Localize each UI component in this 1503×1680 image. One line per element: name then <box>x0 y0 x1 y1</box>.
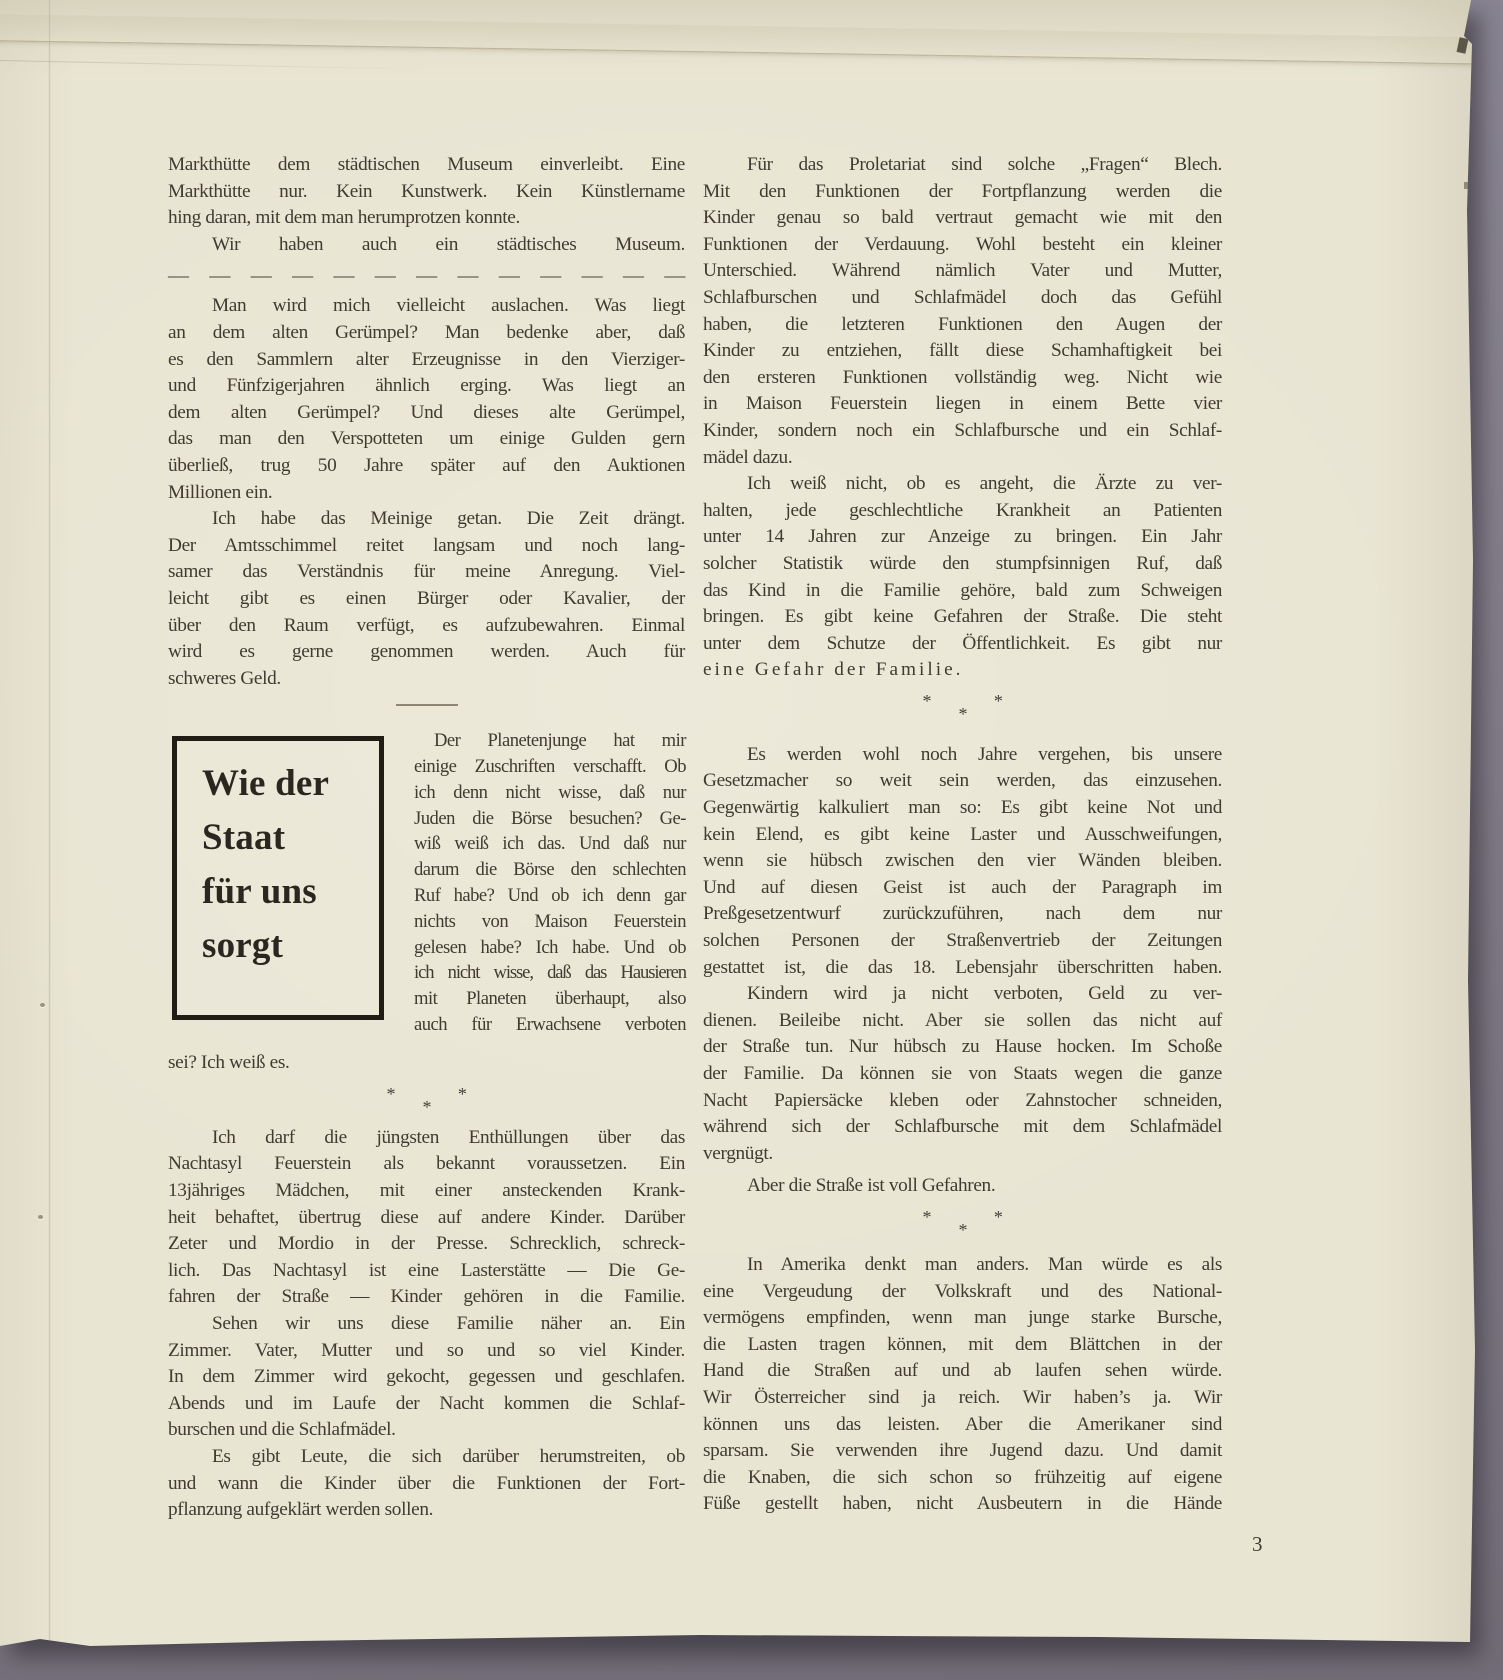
paragraph: Man wird mich vielleicht auslachen. Was … <box>168 293 685 506</box>
text-line: auch für Erwachsene verboten <box>414 1012 686 1038</box>
text-line: in Maison Feuerstein liegen in einem Bet… <box>703 391 1222 418</box>
asterisk: * <box>387 1085 396 1103</box>
text-line: Wir Österreicher sind ja reich. Wir habe… <box>703 1385 1222 1412</box>
text-line: der Straße tun. Nur hübsch zu Hause hock… <box>703 1034 1222 1061</box>
page-number: 3 <box>1252 1532 1263 1557</box>
section-title-box: Wie derStaatfür unssorgt <box>172 736 384 1020</box>
text-line: Gesetzmacher so weit sein werden, das ei… <box>703 768 1222 795</box>
edge-speck <box>1464 182 1468 189</box>
asterisk: * <box>923 1208 932 1226</box>
text-line: wird es gerne genommen werden. Auch für <box>168 639 685 666</box>
text-line: Zimmer. Vater, Mutter und so und so viel… <box>168 1338 685 1365</box>
text-line: Millionen ein. <box>168 480 685 507</box>
text-line: lich. Das Nachtasyl ist eine Lasterstätt… <box>168 1258 685 1285</box>
text-line: Abends und im Laufe der Nacht kommen die… <box>168 1391 685 1418</box>
text-line: Kinder genau so bald vertraut gemacht wi… <box>703 205 1222 232</box>
text-line: samer das Verständnis für meine Anregung… <box>168 559 685 586</box>
text-line: Man wird mich vielleicht auslachen. Was … <box>168 293 685 320</box>
staple-hole <box>38 1215 43 1219</box>
paragraph: Für das Proletariat sind solche „Fragen“… <box>703 152 1222 471</box>
fold-crease-vertical <box>48 0 51 1650</box>
text-line: überließ, trug 50 Jahre später auf den A… <box>168 453 685 480</box>
title-box-wrap: Wie derStaatfür unssorgtDer Planetenjung… <box>168 726 685 1050</box>
text-line: fahren der Straße — Kinder gehören in di… <box>168 1284 685 1311</box>
paragraph: sei? Ich weiß es. <box>168 1050 685 1077</box>
paragraph: Es gibt Leute, die sich darüber herumstr… <box>168 1444 685 1524</box>
text-line: einige Zuschriften verschafft. Ob <box>414 754 686 780</box>
text-line: In Amerika denkt man anders. Man würde e… <box>703 1252 1222 1279</box>
scanned-page: Markthütte dem städtischen Museum einver… <box>0 0 1503 1680</box>
text-line: burschen und die Schlafmädel. <box>168 1417 685 1444</box>
text-line: ich nicht wisse, daß das Hausieren <box>414 960 686 986</box>
paragraph: Kindern wird ja nicht verboten, Geld zu … <box>703 981 1222 1167</box>
fold-crease-horizontal-faint <box>0 60 430 70</box>
text-line: an dem alten Gerümpel? Man bedenke aber,… <box>168 320 685 347</box>
text-line: Kindern wird ja nicht verboten, Geld zu … <box>703 981 1222 1008</box>
text-line: Es werden wohl noch Jahre vergehen, bis … <box>703 742 1222 769</box>
text-line: Zeter und Mordio in der Presse. Schreckl… <box>168 1231 685 1258</box>
staple-hole <box>40 1003 45 1007</box>
section-title-line: Wie der <box>202 757 373 811</box>
text-line: bringen. Es gibt keine Gefahren der Stra… <box>703 604 1222 631</box>
asterisk: * <box>458 1085 467 1103</box>
text-line: Juden die Börse besuchen? Ge- <box>414 806 686 832</box>
right-column: Für das Proletariat sind solche „Fragen“… <box>703 152 1222 1518</box>
text-line: dienen. Beileibe nicht. Aber sie sollen … <box>703 1008 1222 1035</box>
text-line: heit behaftet, übertrug diese auf andere… <box>168 1205 685 1232</box>
text-line: während sich der Schlafbursche mit dem S… <box>703 1114 1222 1141</box>
text-line: Mit den Funktionen der Fortpflanzung wer… <box>703 179 1222 206</box>
text-line: In dem Zimmer wird gekocht, gegessen und… <box>168 1364 685 1391</box>
text-line: sparsam. Sie verwenden ihre Jugend dazu.… <box>703 1438 1222 1465</box>
text-line: 13jähriges Mädchen, mit einer ansteckend… <box>168 1178 685 1205</box>
text-line: Unterschied. Während nämlich Vater und M… <box>703 258 1222 285</box>
text-line: dem alten Gerümpel? Und dieses alte Gerü… <box>168 400 685 427</box>
text-line: wiß weiß ich das. Und daß nur <box>414 831 686 857</box>
paper-sheet: Markthütte dem städtischen Museum einver… <box>0 0 1478 1650</box>
text-line: Ich weiß nicht, ob es angeht, die Ärzte … <box>703 471 1222 498</box>
text-line: darum die Börse den schlechten <box>414 857 686 883</box>
text-line: Kinder, sondern noch ein Schlafbursche u… <box>703 418 1222 445</box>
text-line: Markthütte nur. Kein Kunstwerk. Kein Kün… <box>168 179 685 206</box>
text-line: pflanzung aufgeklärt werden sollen. <box>168 1497 685 1524</box>
paragraph: Sehen wir uns diese Familie näher an. Ei… <box>168 1311 685 1444</box>
text-line: Wir haben auch ein städtisches Museum. <box>168 232 685 259</box>
text-line: Hand die Straßen auf und ab laufen sehen… <box>703 1358 1222 1385</box>
asterisk: * <box>994 1208 1003 1226</box>
text-line: solcher Statistik würde den stumpfsinnig… <box>703 551 1222 578</box>
text-line: eine Gefahr der Familie. <box>703 657 1222 684</box>
paragraph: Aber die Straße ist voll Gefahren. <box>703 1173 1222 1200</box>
text-line: die Lasten tragen können, mit dem Blättc… <box>703 1332 1222 1359</box>
text-line: den ersteren Funktionen vollständig weg.… <box>703 365 1222 392</box>
fold-crease-horizontal <box>0 14 1498 65</box>
text-line: es den Sammlern alter Erzeugnisse in den… <box>168 347 685 374</box>
paragraph: Ich darf die jüngsten Enthüllungen über … <box>168 1125 685 1311</box>
text-line: Nachtasyl Feuerstein als bekannt vorauss… <box>168 1151 685 1178</box>
text-line: Und auf diesen Geist ist auch der Paragr… <box>703 875 1222 902</box>
text-line: Für das Proletariat sind solche „Fragen“… <box>703 152 1222 179</box>
asterisk-separator: *** <box>919 1208 1007 1242</box>
text-line: unter 14 Jahren zur Anzeige zu bringen. … <box>703 524 1222 551</box>
section-title-line: sorgt <box>202 919 373 973</box>
text-line: nichts von Maison Feuerstein <box>414 909 686 935</box>
text-line: haben, die letzteren Funktionen den Auge… <box>703 312 1222 339</box>
text-line: Füße gestellt haben, nicht Ausbeutern in… <box>703 1491 1222 1518</box>
section-title-line: für uns <box>202 865 373 919</box>
text-line: können uns das leisten. Aber die Amerika… <box>703 1412 1222 1439</box>
text-line: Preßgesetzentwurf zurückzuführen, nach d… <box>703 901 1222 928</box>
text-line: hing daran, mit dem man herumprotzen kon… <box>168 205 685 232</box>
paragraph: Markthütte dem städtischen Museum einver… <box>168 152 685 258</box>
text-line: Es gibt Leute, die sich darüber herumstr… <box>168 1444 685 1471</box>
text-line: Gegenwärtig kalkuliert man so: Es gibt k… <box>703 795 1222 822</box>
paragraph: Ich habe das Meinige getan. Die Zeit drä… <box>168 506 685 692</box>
text-line: vergnügt. <box>703 1141 1222 1168</box>
text-line: halten, jede geschlechtliche Krankheit a… <box>703 498 1222 525</box>
text-line: Nacht Papiersäcke kleben oder Zahnstoche… <box>703 1088 1222 1115</box>
text-line: ich denn nicht wisse, daß nur <box>414 780 686 806</box>
text-line: wenn sie hübsch zwischen den vier Wänden… <box>703 848 1222 875</box>
asterisk-separator: *** <box>919 692 1007 726</box>
text-line: sei? Ich weiß es. <box>168 1050 685 1077</box>
text-line: Markthütte dem städtischen Museum einver… <box>168 152 685 179</box>
section-title-line: Staat <box>202 811 373 865</box>
text-line: schweres Geld. <box>168 666 685 693</box>
text-line: mädel dazu. <box>703 445 1222 472</box>
text-line: und Fünfzigerjahren ähnlich erging. Was … <box>168 373 685 400</box>
text-line: Ich darf die jüngsten Enthüllungen über … <box>168 1125 685 1152</box>
text-line: mit Planeten überhaupt, also <box>414 986 686 1012</box>
text-line: die Knaben, die sich schon so frühzeitig… <box>703 1465 1222 1492</box>
text-line: Schlafburschen und Schlafmädel doch das … <box>703 285 1222 312</box>
text-line: Sehen wir uns diese Familie näher an. Ei… <box>168 1311 685 1338</box>
asterisk: * <box>994 692 1003 710</box>
text-line: das man den Verspotteten um einige Gulde… <box>168 426 685 453</box>
text-line: unter dem Schutze der Öffentlichkeit. Es… <box>703 631 1222 658</box>
text-line: und wann die Kinder über die Funktionen … <box>168 1471 685 1498</box>
text-line: kein Elend, es gibt keine Laster und Aus… <box>703 822 1222 849</box>
text-line: über den Raum verfügt, es aufzubewahren.… <box>168 613 685 640</box>
asterisk: * <box>959 1221 968 1239</box>
text-line: eine Vergeudung der Volkskraft und des N… <box>703 1279 1222 1306</box>
text-line: gestattet ist, die das 18. Lebensjahr üb… <box>703 955 1222 982</box>
text-line: leicht gibt es einen Bürger oder Kavalie… <box>168 586 685 613</box>
dash-separator: — — — — — — — — — — — — — <box>168 262 685 288</box>
text-line: solchen Personen der Straßenvertrieb der… <box>703 928 1222 955</box>
wrapped-text: Der Planetenjunge hat mireinige Zuschrif… <box>414 728 686 1038</box>
asterisk-separator: *** <box>383 1085 471 1119</box>
text-line: vermögens empfinden, wenn man junge star… <box>703 1305 1222 1332</box>
asterisk: * <box>423 1098 432 1116</box>
paragraph: In Amerika denkt man anders. Man würde e… <box>703 1252 1222 1518</box>
section-rule <box>396 704 458 706</box>
asterisk: * <box>923 692 932 710</box>
left-column: Markthütte dem städtischen Museum einver… <box>168 152 685 1524</box>
text-line: Der Amtsschimmel reitet langsam und noch… <box>168 533 685 560</box>
asterisk: * <box>959 705 968 723</box>
text-line: der Familie. Da können sie von Staats we… <box>703 1061 1222 1088</box>
text-line: gelesen habe? Ich habe. Und ob <box>414 935 686 961</box>
paragraph: Es werden wohl noch Jahre vergehen, bis … <box>703 742 1222 981</box>
text-line: Ich habe das Meinige getan. Die Zeit drä… <box>168 506 685 533</box>
text-line: Der Planetenjunge hat mir <box>414 728 686 754</box>
text-line: Kinder zu entziehen, fällt diese Schamha… <box>703 338 1222 365</box>
text-line: Funktionen der Verdauung. Wohl besteht e… <box>703 232 1222 259</box>
text-line: das Kind in die Familie gehöre, bald zum… <box>703 578 1222 605</box>
paragraph: Ich weiß nicht, ob es angeht, die Ärzte … <box>703 471 1222 684</box>
text-line: Aber die Straße ist voll Gefahren. <box>703 1173 1222 1200</box>
text-line: Ruf habe? Und ob ich denn gar <box>414 883 686 909</box>
